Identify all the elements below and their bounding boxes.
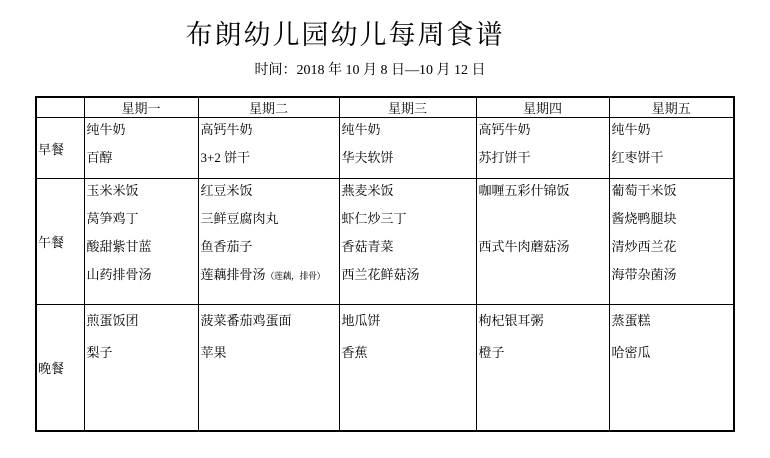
menu-cell: 红豆米饭三鲜豆腐肉丸鱼香茄子莲藕排骨汤（莲藕，排骨） [198,179,339,305]
menu-item: 西兰花鲜菇汤 [342,267,475,295]
menu-cell: 煎蛋饭团梨子 [84,305,198,431]
day-header: 星期二 [198,97,339,118]
meal-row: 晚餐煎蛋饭团梨子菠菜番茄鸡蛋面苹果地瓜饼香蕉枸杞银耳粥橙子蒸蛋糕哈密瓜 [36,305,734,431]
day-header: 星期一 [84,97,198,118]
menu-cell: 菠菜番茄鸡蛋面苹果 [198,305,339,431]
menu-item: 煎蛋饭团 [87,313,197,345]
menu-item: 菠菜番茄鸡蛋面 [201,313,338,345]
menu-cell: 燕麦米饭虾仁炒三丁香菇青菜西兰花鲜菇汤 [339,179,476,305]
menu-item: 香菇青菜 [342,239,475,267]
menu-item: 纯牛奶 [342,122,475,150]
menu-item: 燕麦米饭 [342,183,475,211]
menu-item: 香蕉 [342,345,475,377]
corner-cell [36,97,84,118]
menu-table-body: 早餐纯牛奶百醇高钙牛奶3+2 饼干纯牛奶华夫软饼高钙牛奶苏打饼干纯牛奶红枣饼干午… [36,118,734,431]
menu-cell: 地瓜饼香蕉 [339,305,476,431]
menu-cell: 高钙牛奶3+2 饼干 [198,118,339,179]
menu-item: 苹果 [201,345,338,377]
menu-table: 星期一星期二星期三星期四星期五 早餐纯牛奶百醇高钙牛奶3+2 饼干纯牛奶华夫软饼… [35,96,735,432]
day-header: 星期三 [339,97,476,118]
menu-item: 红枣饼干 [612,150,733,178]
menu-item: 纯牛奶 [612,122,733,150]
menu-item: 蒸蛋糕 [612,313,733,345]
menu-item: 玉米米饭 [87,183,197,211]
meal-row: 午餐玉米米饭莴笋鸡丁酸甜紫甘蓝山药排骨汤红豆米饭三鲜豆腐肉丸鱼香茄子莲藕排骨汤（… [36,179,734,305]
menu-cell: 纯牛奶红枣饼干 [609,118,734,179]
menu-item: 高钙牛奶 [479,122,608,150]
menu-item: 虾仁炒三丁 [342,211,475,239]
menu-item: 百醇 [87,150,197,178]
menu-item: 酱烧鸭腿块 [612,211,733,239]
day-header: 星期四 [476,97,609,118]
menu-cell: 枸杞银耳粥橙子 [476,305,609,431]
menu-item: 莲藕排骨汤（莲藕，排骨） [201,267,338,295]
menu-item: 清炒西兰花 [612,239,733,267]
menu-item: 地瓜饼 [342,313,475,345]
menu-item [479,211,608,239]
menu-item: 高钙牛奶 [201,122,338,150]
menu-cell: 玉米米饭莴笋鸡丁酸甜紫甘蓝山药排骨汤 [84,179,198,305]
menu-item: 山药排骨汤 [87,267,197,295]
meal-label: 晚餐 [36,305,84,431]
menu-item: 葡萄干米饭 [612,183,733,211]
day-header: 星期五 [609,97,734,118]
menu-item: 莴笋鸡丁 [87,211,197,239]
menu-item: 华夫软饼 [342,150,475,178]
menu-cell: 葡萄干米饭酱烧鸭腿块清炒西兰花海带杂菌汤 [609,179,734,305]
menu-item: 鱼香茄子 [201,239,338,267]
menu-item: 咖喱五彩什锦饭 [479,183,608,211]
menu-cell: 高钙牛奶苏打饼干 [476,118,609,179]
page-subtitle: 时间：2018 年 10 月 8 日—10 月 12 日 [0,59,740,79]
day-header-row: 星期一星期二星期三星期四星期五 [36,97,734,118]
menu-item: 枸杞银耳粥 [479,313,608,345]
menu-item: 酸甜紫甘蓝 [87,239,197,267]
menu-item-note: （莲藕，排骨） [266,271,326,281]
meal-label: 午餐 [36,179,84,305]
document-page: 布朗幼儿园幼儿每周食谱 时间：2018 年 10 月 8 日—10 月 12 日… [0,0,770,458]
menu-item: 西式牛肉蘑菇汤 [479,239,608,267]
menu-item: 纯牛奶 [87,122,197,150]
meal-label: 早餐 [36,118,84,179]
menu-cell: 纯牛奶百醇 [84,118,198,179]
menu-item: 红豆米饭 [201,183,338,211]
menu-item: 海带杂菌汤 [612,267,733,295]
menu-cell: 纯牛奶华夫软饼 [339,118,476,179]
page-title: 布朗幼儿园幼儿每周食谱 [0,13,690,52]
menu-cell: 蒸蛋糕哈密瓜 [609,305,734,431]
menu-item: 三鲜豆腐肉丸 [201,211,338,239]
menu-item: 苏打饼干 [479,150,608,178]
menu-cell: 咖喱五彩什锦饭西式牛肉蘑菇汤 [476,179,609,305]
menu-item: 哈密瓜 [612,345,733,377]
menu-item: 橙子 [479,345,608,377]
menu-item: 3+2 饼干 [201,150,338,178]
menu-item: 梨子 [87,345,197,377]
meal-row: 早餐纯牛奶百醇高钙牛奶3+2 饼干纯牛奶华夫软饼高钙牛奶苏打饼干纯牛奶红枣饼干 [36,118,734,179]
